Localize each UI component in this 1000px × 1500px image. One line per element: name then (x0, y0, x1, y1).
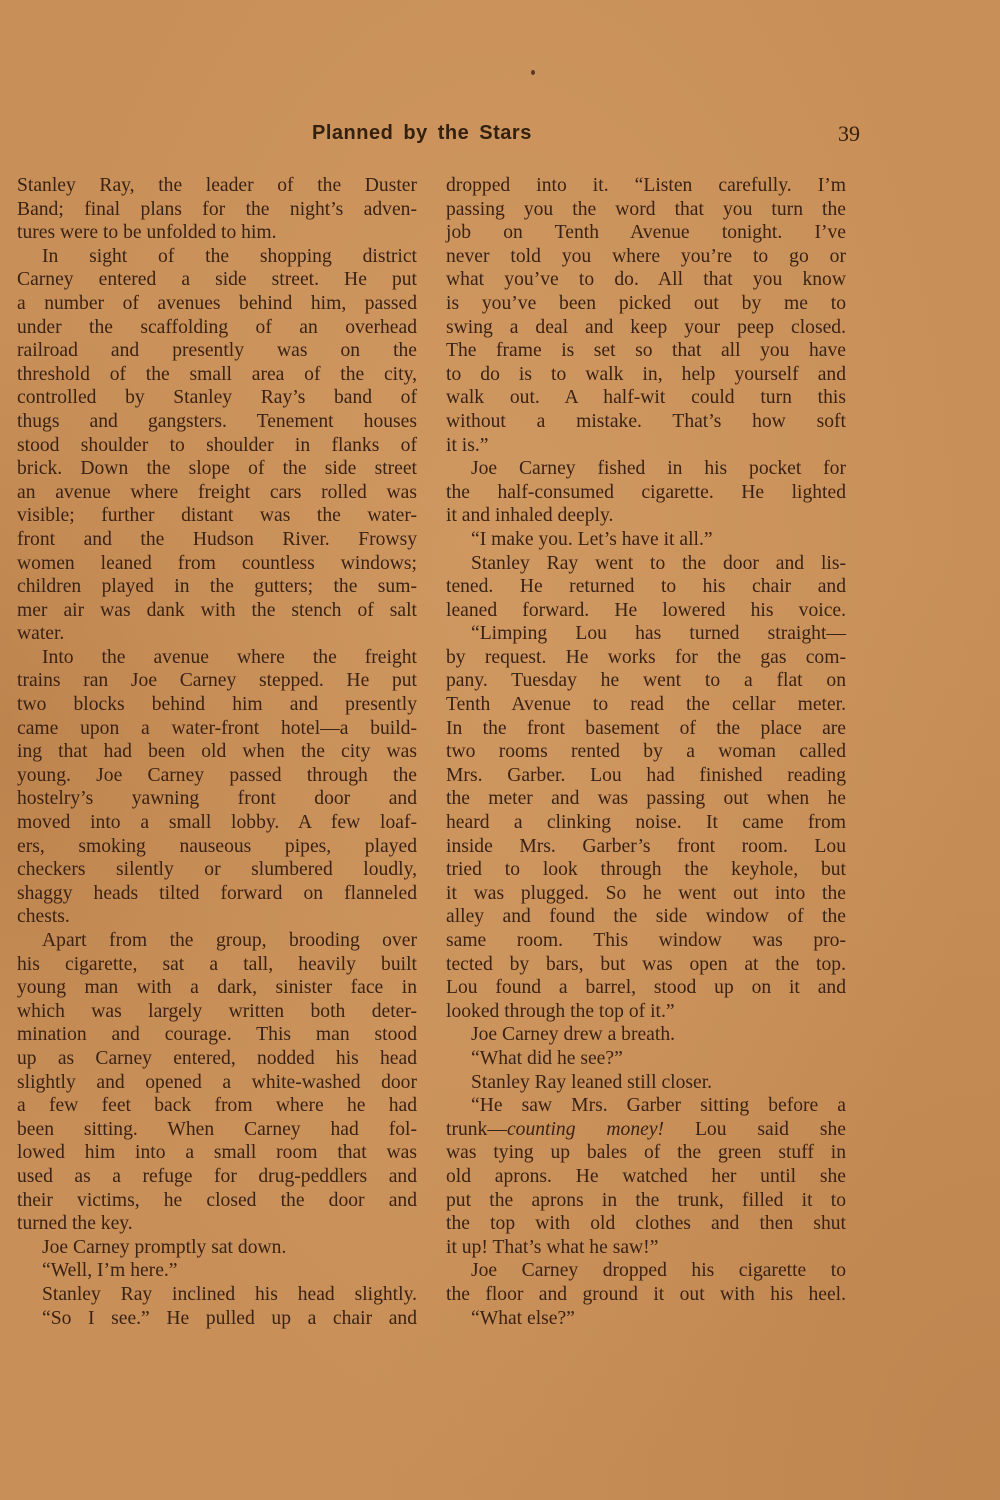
text-line: tried to look through the keyhole, but (446, 858, 846, 882)
text-line: Joe Carney dropped his cigarette to (446, 1259, 846, 1283)
text-line: controlled by Stanley Ray’s band of (17, 386, 417, 410)
text-line: front and the Hudson River. Frowsy (17, 528, 417, 552)
text-line: Joe Carney promptly sat down. (17, 1236, 417, 1260)
chapter-title: Planned by the Stars (312, 122, 532, 145)
text-line: looked through the top of it.” (446, 1000, 846, 1024)
text-line: Mrs. Garber. Lou had finished reading (446, 764, 846, 788)
left-text-column: Stanley Ray, the leader of the DusterBan… (17, 174, 417, 1330)
text-line: “He saw Mrs. Garber sitting before a (446, 1094, 846, 1118)
text-line: leaned forward. He lowered his voice. (446, 599, 846, 623)
text-line: ing that had been old when the city was (17, 740, 417, 764)
text-line: Joe Carney fished in his pocket for (446, 457, 846, 481)
text-line: mer air was dank with the stench of salt (17, 599, 417, 623)
paper-speck (531, 70, 535, 75)
text-line: inside Mrs. Garber’s front room. Lou (446, 835, 846, 859)
text-line: “What did he see?” (446, 1047, 846, 1071)
text-line: their victims, he closed the door and (17, 1189, 417, 1213)
text-line: In sight of the shopping district (17, 245, 417, 269)
text-line: tected by bars, but was open at the top. (446, 953, 846, 977)
text-line: it up! That’s what he saw!” (446, 1236, 846, 1260)
text-line: same room. This window was pro- (446, 929, 846, 953)
text-line: swing a deal and keep your peep closed. (446, 316, 846, 340)
text-line: Lou found a barrel, stood up on it and (446, 976, 846, 1000)
text-line: two blocks behind him and presently (17, 693, 417, 717)
text-line: job on Tenth Avenue tonight. I’ve (446, 221, 846, 245)
text-line: young. Joe Carney passed through the (17, 764, 417, 788)
text-line: lowed him into a small room that was (17, 1141, 417, 1165)
text-line: without a mistake. That’s how soft (446, 410, 846, 434)
text-line: young man with a dark, sinister face in (17, 976, 417, 1000)
page-number: 39 (838, 121, 860, 147)
text-line: passing you the word that you turn the (446, 198, 846, 222)
right-text-column: dropped into it. “Listen carefully. I’mp… (446, 174, 846, 1330)
text-line: In the front basement of the place are (446, 717, 846, 741)
text-line: used as a refuge for drug-peddlers and (17, 1165, 417, 1189)
text-line: under the scaffolding of an overhead (17, 316, 417, 340)
text-line: stood shoulder to shoulder in flanks of (17, 434, 417, 458)
text-line: by request. He works for the gas com- (446, 646, 846, 670)
text-line: Carney entered a side street. He put (17, 268, 417, 292)
text-line: put the aprons in the trunk, filled it t… (446, 1189, 846, 1213)
text-line: up as Carney entered, nodded his head (17, 1047, 417, 1071)
text-line: came upon a water-front hotel—a build- (17, 717, 417, 741)
text-line: checkers silently or slumbered loudly, (17, 858, 417, 882)
text-line: to do is to walk in, help yourself and (446, 363, 846, 387)
text-line: turned the key. (17, 1212, 417, 1236)
text-line: thugs and gangsters. Tenement houses (17, 410, 417, 434)
text-line: what you’ve to do. All that you know (446, 268, 846, 292)
text-line: a number of avenues behind him, passed (17, 292, 417, 316)
text-line: Stanley Ray inclined his head slightly. (17, 1283, 417, 1307)
book-page: Planned by the Stars 39 Stanley Ray, the… (0, 0, 1000, 1500)
text-line: visible; further distant was the water- (17, 504, 417, 528)
text-line: children played in the gutters; the sum- (17, 575, 417, 599)
text-line: heard a clinking noise. It came from (446, 811, 846, 835)
text-line: railroad and presently was on the (17, 339, 417, 363)
text-line: two rooms rented by a woman called (446, 740, 846, 764)
text-line: Band; final plans for the night’s adven- (17, 198, 417, 222)
text-line: an avenue where freight cars rolled was (17, 481, 417, 505)
text-line: hostelry’s yawning front door and (17, 787, 417, 811)
text-line: trains ran Joe Carney stepped. He put (17, 669, 417, 693)
text-line: was tying up bales of the green stuff in (446, 1141, 846, 1165)
text-line: a few feet back from where he had (17, 1094, 417, 1118)
text-line: moved into a small lobby. A few loaf- (17, 811, 417, 835)
text-line: “So I see.” He pulled up a chair and (17, 1307, 417, 1331)
text-line: which was largely written both deter- (17, 1000, 417, 1024)
text-line: Stanley Ray leaned still closer. (446, 1071, 846, 1095)
text-line: dropped into it. “Listen carefully. I’m (446, 174, 846, 198)
text-line: The frame is set so that all you have (446, 339, 846, 363)
text-line: “I make you. Let’s have it all.” (446, 528, 846, 552)
text-line: it and inhaled deeply. (446, 504, 846, 528)
text-line: Apart from the group, brooding over (17, 929, 417, 953)
text-line: trunk—counting money! Lou said she (446, 1118, 846, 1142)
text-line: been sitting. When Carney had fol- (17, 1118, 417, 1142)
text-line: “What else?” (446, 1307, 846, 1331)
text-line: brick. Down the slope of the side street (17, 457, 417, 481)
text-line: slightly and opened a white-washed door (17, 1071, 417, 1095)
text-line: the meter and was passing out when he (446, 787, 846, 811)
emphasis-text: counting money! (507, 1119, 664, 1140)
text-line: old aprons. He watched her until she (446, 1165, 846, 1189)
text-line: tened. He returned to his chair and (446, 575, 846, 599)
text-line: chests. (17, 905, 417, 929)
text-line: the half-consumed cigarette. He lighted (446, 481, 846, 505)
text-line: pany. Tuesday he went to a flat on (446, 669, 846, 693)
text-line: the top with old clothes and then shut (446, 1212, 846, 1236)
running-head: Planned by the Stars 39 (0, 122, 1000, 152)
text-line: water. (17, 622, 417, 646)
text-line: Stanley Ray went to the door and lis- (446, 552, 846, 576)
text-line: Stanley Ray, the leader of the Duster (17, 174, 417, 198)
text-line: it was plugged. So he went out into the (446, 882, 846, 906)
text-line: shaggy heads tilted forward on flanneled (17, 882, 417, 906)
text-line: women leaned from countless windows; (17, 552, 417, 576)
text-line: “Limping Lou has turned straight— (446, 622, 846, 646)
text-line: walk out. A half-wit could turn this (446, 386, 846, 410)
text-line: ers, smoking nauseous pipes, played (17, 835, 417, 859)
text-line: is you’ve been picked out by me to (446, 292, 846, 316)
text-line: threshold of the small area of the city, (17, 363, 417, 387)
text-line: never told you where you’re to go or (446, 245, 846, 269)
text-line: “Well, I’m here.” (17, 1259, 417, 1283)
text-line: Into the avenue where the freight (17, 646, 417, 670)
text-line: the floor and ground it out with his hee… (446, 1283, 846, 1307)
text-line: Tenth Avenue to read the cellar meter. (446, 693, 846, 717)
text-line: it is.” (446, 434, 846, 458)
text-line: his cigarette, sat a tall, heavily built (17, 953, 417, 977)
text-line: alley and found the side window of the (446, 905, 846, 929)
text-line: Joe Carney drew a breath. (446, 1023, 846, 1047)
text-line: tures were to be unfolded to him. (17, 221, 417, 245)
text-line: mination and courage. This man stood (17, 1023, 417, 1047)
